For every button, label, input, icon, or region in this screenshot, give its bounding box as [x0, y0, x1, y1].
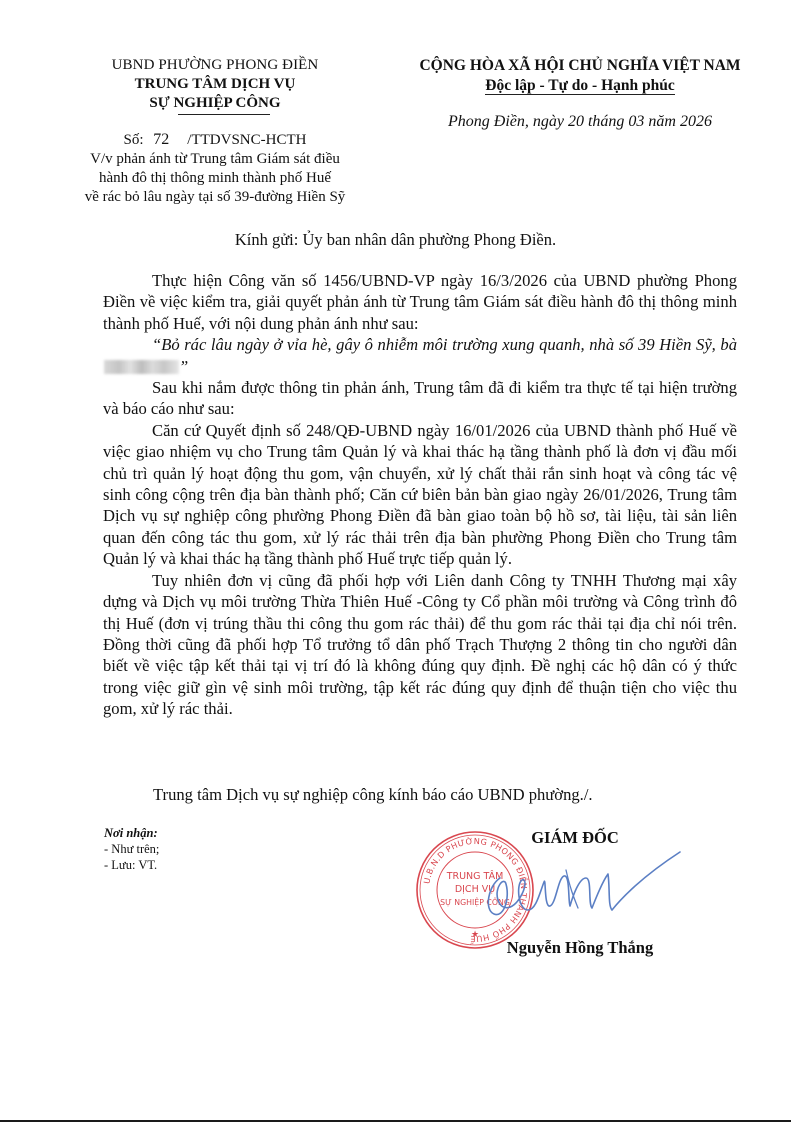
issuing-organization: UBND PHƯỜNG PHONG ĐIỀN TRUNG TÂM DỊCH VỤ… [60, 56, 370, 115]
document-number-value: 72 [153, 130, 169, 149]
parent-organization: UBND PHƯỜNG PHONG ĐIỀN [60, 56, 370, 75]
signer-title: GIÁM ĐỐC [495, 828, 655, 848]
recipient-line: Kính gửi: Ủy ban nhân dân phường Phong Đ… [0, 230, 791, 250]
organization-name-line1: TRUNG TÂM DỊCH VỤ [60, 75, 370, 94]
organization-underline [178, 114, 270, 115]
organization-name-line2: SỰ NGHIỆP CÔNG [149, 94, 280, 113]
svg-text:★: ★ [471, 929, 479, 939]
body-paragraph: Thực hiện Công văn số 1456/UBND-VP ngày … [103, 270, 737, 334]
recipients-list: Nơi nhận: - Như trên; - Lưu: VT. [104, 825, 159, 873]
body-paragraph: Sau khi nắm được thông tin phản ánh, Tru… [103, 377, 737, 420]
national-header: CỘNG HÒA XÃ HỘI CHỦ NGHĨA VIỆT NAM Độc l… [405, 56, 755, 96]
document-number: Số: 72/TTDVSNC-HCTH [60, 130, 370, 150]
signer-name: Nguyễn Hồng Thắng [490, 938, 670, 958]
closing-line: Trung tâm Dịch vụ sự nghiệp công kính bá… [153, 785, 593, 805]
body-paragraph: Tuy nhiên đơn vị cũng đã phối hợp với Li… [103, 570, 737, 720]
recipients-label: Nơi nhận: [104, 825, 159, 841]
document-subject: V/v phản ánh từ Trung tâm Giám sát điều … [60, 150, 370, 207]
subject-line: V/v phản ánh từ Trung tâm Giám sát điều [60, 150, 370, 169]
national-motto: Độc lập - Tự do - Hạnh phúc [485, 77, 674, 95]
complaint-quote: “Bỏ rác lâu ngày ở vỉa hè, gây ô nhiễm m… [103, 334, 737, 377]
place-and-date: Phong Điền, ngày 20 tháng 03 năm 2026 [405, 113, 755, 131]
subject-line: hành đô thị thông minh thành phố Huế [60, 169, 370, 188]
recipient-item: - Như trên; [104, 841, 159, 857]
document-code: /TTDVSNC-HCTH [187, 132, 306, 148]
handwritten-signature-icon [470, 848, 700, 928]
document-number-label: Số: [124, 132, 144, 148]
subject-line: về rác bỏ lâu ngày tại số 39-đường Hiền … [60, 188, 370, 207]
national-title: CỘNG HÒA XÃ HỘI CHỦ NGHĨA VIỆT NAM [405, 56, 755, 76]
quote-text: “Bỏ rác lâu ngày ở vỉa hè, gây ô nhiễm m… [152, 335, 737, 354]
quote-close: ” [179, 357, 188, 376]
document-page: UBND PHƯỜNG PHONG ĐIỀN TRUNG TÂM DỊCH VỤ… [0, 0, 791, 1122]
recipient-item: - Lưu: VT. [104, 857, 159, 873]
redacted-name [104, 360, 179, 374]
body-paragraph: Căn cứ Quyết định số 248/QĐ-UBND ngày 16… [103, 420, 737, 570]
document-body: Thực hiện Công văn số 1456/UBND-VP ngày … [103, 270, 737, 720]
